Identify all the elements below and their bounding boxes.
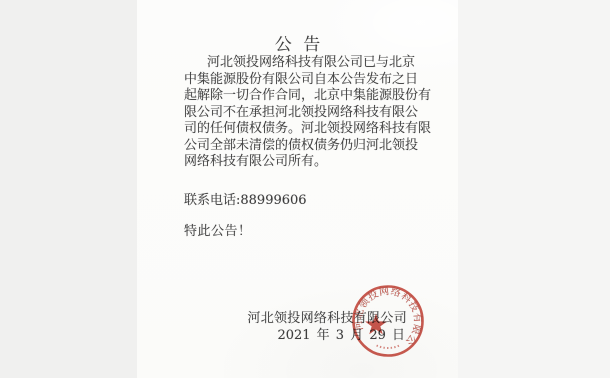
body-line: 公司全部未清偿的债权债务仍归河北领投 <box>184 138 412 155</box>
notice-title: 公 告 <box>137 30 458 55</box>
seal-serial-marks <box>377 345 400 348</box>
scanned-notice-document: 公 告 河北领投网络科技有限公司已与北京中集能源股份有限公司自本公告发布之日起解… <box>0 0 610 378</box>
closing-line: 特此公告！ <box>184 220 252 239</box>
notice-body: 河北领投网络科技有限公司已与北京中集能源股份有限公司自本公告发布之日起解除一切合… <box>184 55 412 171</box>
scan-margin-right <box>458 0 610 378</box>
body-line: 限公司不在承担河北领投网络科技有限公 <box>184 105 412 122</box>
body-line: 起解除一切合作合同，北京中集能源股份有 <box>184 88 412 105</box>
body-line: 河北领投网络科技有限公司已与北京 <box>184 55 412 72</box>
notice-page: 公 告 河北领投网络科技有限公司已与北京中集能源股份有限公司自本公告发布之日起解… <box>137 0 458 378</box>
body-line: 中集能源股份有限公司自本公告发布之日 <box>184 72 412 89</box>
company-seal-stamp: 河北领投网络科技有限公司 <box>333 266 443 376</box>
contact-phone-line: 联系电话:88999606 <box>184 189 307 208</box>
seal-star-icon <box>365 314 387 335</box>
body-line: 司的任何债权债务。河北领投网络科技有限 <box>184 121 412 138</box>
scan-margin-left <box>0 0 137 378</box>
body-line: 网络科技有限公司所有。 <box>184 154 412 171</box>
